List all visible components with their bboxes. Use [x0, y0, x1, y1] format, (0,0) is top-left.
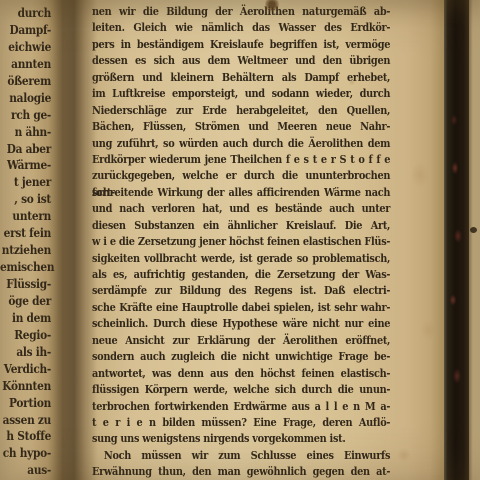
left-page-line-fragment: Flüssig-: [0, 276, 51, 293]
left-page-line-fragment: assen zu: [0, 412, 51, 429]
right-page-text-line: zurückgegeben, welche er durch die ununt…: [92, 167, 390, 183]
left-page-line-fragment: in dem: [0, 310, 51, 327]
right-page-text-line: dessen es sich aus dem Weltmeer und den …: [92, 52, 390, 68]
right-page-text-line: diesen Substanzen ein ähnlicher Kreislau…: [92, 217, 390, 233]
right-page-text-line: terbrochen fortwirkenden Erdwärme aus a …: [92, 398, 390, 414]
right-page-text-line: sigkeiten vollbracht werde, ist gerade s…: [92, 250, 390, 266]
left-page-line-fragment: erst fein: [0, 225, 51, 242]
right-page-text-line: schreitende Wirkung der alles afficirend…: [92, 184, 390, 200]
right-page-text-line: sondern auch zugleich die nicht unwichti…: [92, 348, 390, 364]
left-page-line-fragment: , so ist: [0, 191, 51, 208]
right-page-text-line: Noch müssen wir zum Schlusse eines Einwu…: [92, 447, 390, 463]
cover-speck: [470, 227, 477, 233]
left-page-line-fragment: ntziehen: [0, 242, 51, 259]
right-page-text-line: sung uns wenigstens nirgends vorgekommen…: [92, 430, 390, 446]
left-page-line-fragment: ch hypo-: [0, 445, 51, 462]
left-page-line-fragment: untern: [0, 208, 51, 225]
left-page-line-fragment: als ih-: [0, 344, 51, 361]
left-page-line-fragment: Portion: [0, 395, 51, 412]
left-page-line-fragment: n ähn-: [0, 124, 51, 141]
left-page-line-fragment: eichwie: [0, 39, 51, 56]
right-page-text-line: w i e die Zersetzung jener höchst feinen…: [92, 233, 390, 249]
left-page-line-fragment: nalogie: [0, 90, 51, 107]
right-page-text-line: und nach verloren hat, und es bestände a…: [92, 200, 390, 216]
right-page-text-line: nen wir die Bildung der Äerolithen natur…: [92, 3, 390, 19]
left-page-line-fragment: t jener: [0, 174, 51, 191]
left-page-line-fragment: aus-: [0, 462, 51, 479]
right-page-text-line: pers in beständigem Kreislaufe begriffen…: [92, 36, 390, 52]
left-page-line-fragment: Wärme-: [0, 157, 51, 174]
left-page-line-fragment: Verdich-: [0, 361, 51, 378]
open-book-photo: durchDampf-eichwieanntenößeremnalogierch…: [0, 0, 480, 480]
right-page-text-line: neue Ansicht zur Erklärung der Äerolithe…: [92, 332, 390, 348]
right-page-text-line: ung zuführt, so würden auch durch die Äe…: [92, 135, 390, 151]
right-page-text-line: t e r i e n bilden müssen? Eine Frage, d…: [92, 414, 390, 430]
left-page-line-fragment: h Stoffe: [0, 428, 51, 445]
left-page-line-fragment: Könnten: [0, 378, 51, 395]
left-page-line-fragment: öge der: [0, 293, 51, 310]
right-page-text-line: als es, aufrichtig gestanden, die Zerset…: [92, 266, 390, 282]
page-stack-edge: [469, 0, 480, 480]
left-page-line-fragment: annten: [0, 56, 51, 73]
right-page-text-line: leiten. Gleich wie nämlich das Wasser de…: [92, 19, 390, 35]
right-page-text-line: Bächen, Flüssen, Strömen und Meeren neue…: [92, 118, 390, 134]
right-page-text-line: im Luftkreise emporsteigt, und sodann wi…: [92, 85, 390, 101]
right-page-text-line: Erwähnung thun, den man gewöhnlich gegen…: [92, 463, 390, 479]
right-page-text: nen wir die Bildung der Äerolithen natur…: [92, 3, 390, 480]
left-page-text: durchDampf-eichwieanntenößeremnalogierch…: [0, 5, 51, 479]
left-page-line-fragment: ößerem: [0, 73, 51, 90]
left-page-line-fragment: durch: [0, 5, 51, 22]
right-page-text-line: größern und kleinern Behältern als Dampf…: [92, 69, 390, 85]
marbled-cover-edge: [444, 0, 469, 480]
right-page-text-line: flüssigen Körpern werde, welche sich dur…: [92, 381, 390, 397]
left-page-line-fragment: Dampf-: [0, 22, 51, 39]
right-page-text-line: scheinlich. Durch diese Hypothese wäre n…: [92, 315, 390, 331]
right-page-text-line: antwortet, was denn aus den höchst feine…: [92, 365, 390, 381]
right-page-text-line: serdämpfe zur Bildung des Regens ist. Da…: [92, 282, 390, 298]
left-page-line-fragment: Regio-: [0, 327, 51, 344]
left-page-line-fragment: emischen: [0, 259, 51, 276]
left-page-line-fragment: Da aber: [0, 141, 51, 158]
right-page-text-line: Niederschläge zur Erde herabgeleitet, de…: [92, 102, 390, 118]
right-page-text-line: sche Kräfte eine Hauptrolle dabei spiele…: [92, 299, 390, 315]
left-page-line-fragment: rch ge-: [0, 107, 51, 124]
right-page-text-line: Erdkörper wiederum jene Theilchen f e s …: [92, 151, 390, 167]
